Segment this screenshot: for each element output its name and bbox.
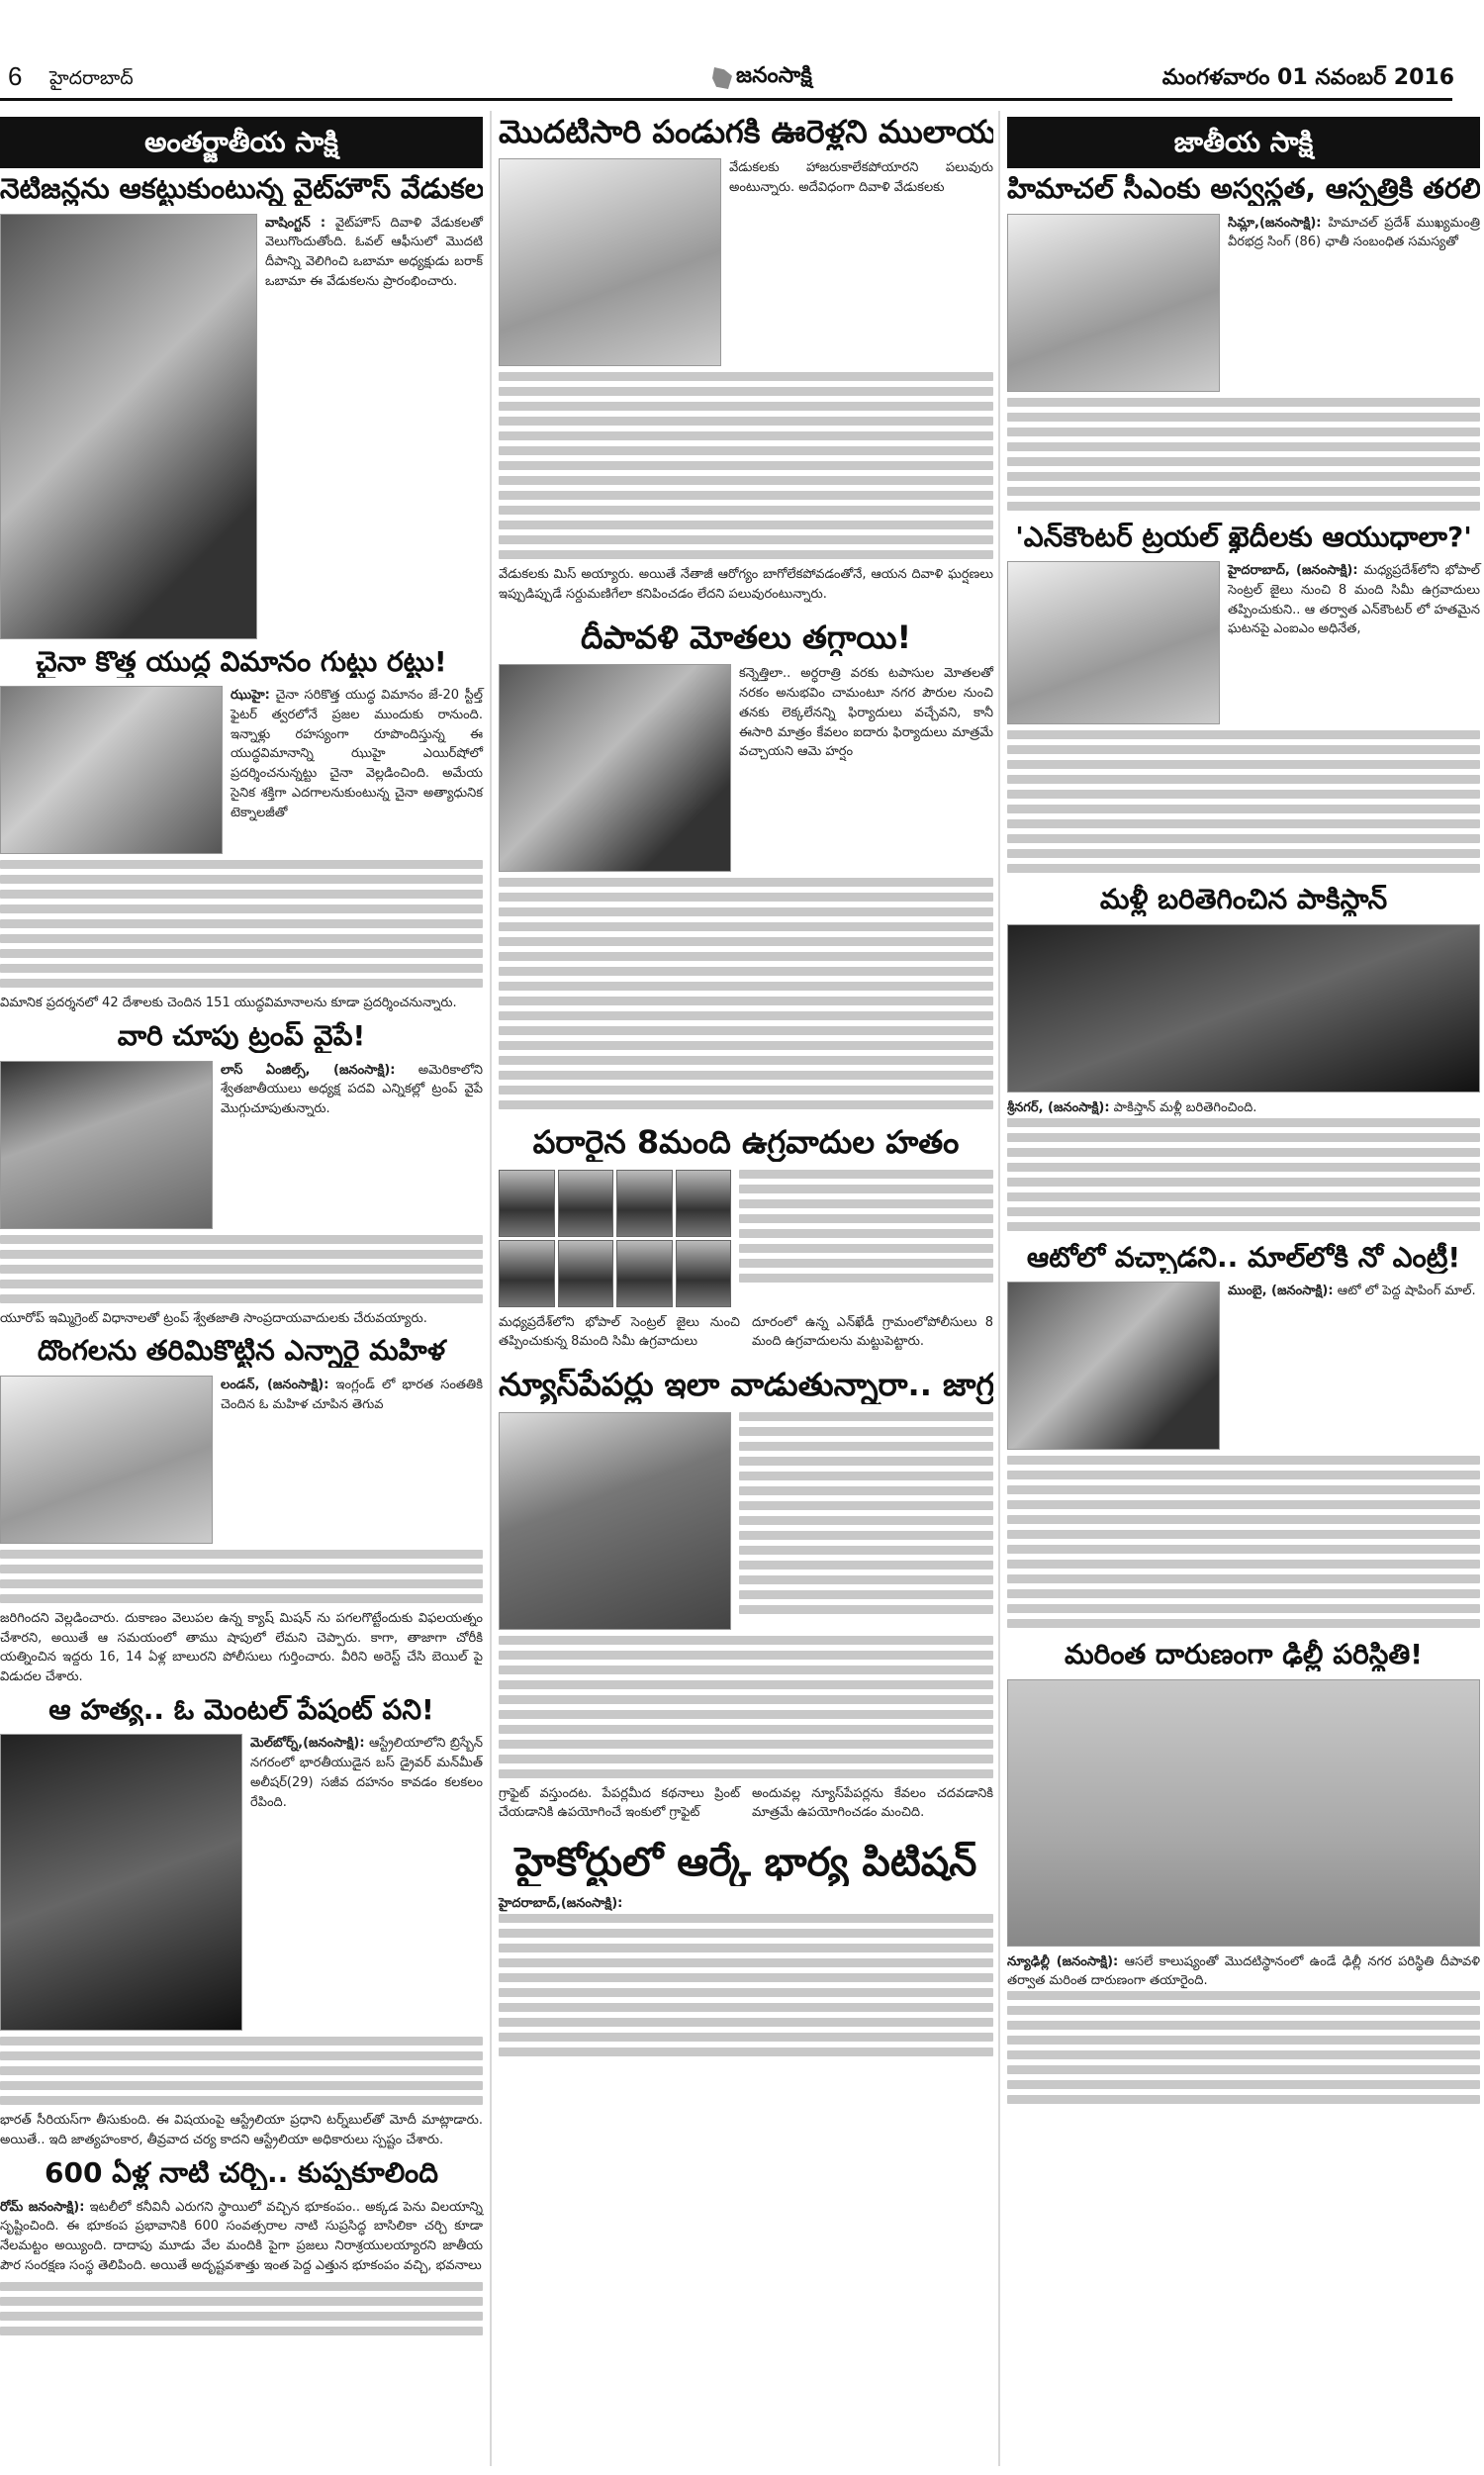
shopping-mall-photo [1007, 1282, 1220, 1450]
headline: దొంగలను తరిమికొట్టిన ఎన్నారై మహిళ [0, 1334, 483, 1368]
headline: మళ్లీ బరితెగించిన పాకిస్థాన్ [1007, 883, 1480, 916]
headline: మరింత దారుణంగా ఢిల్లీ పరిస్థితి! [1007, 1638, 1480, 1671]
headline: నెటిజన్లను ఆకట్టుకుంటున్న వైట్‌హౌస్ వేడు… [0, 172, 483, 206]
article [499, 1170, 993, 1307]
article: ముంబై, (జనంసాక్షి): ఆటో లో పెద్ద షాపింగ్… [1007, 1282, 1480, 1450]
militant-photo [676, 1170, 732, 1237]
headline: 'ఎన్‌కౌంటర్ ట్రయల్ ఖైదీలకు ఆయుధాలా?' [1007, 521, 1480, 554]
diwali-lamps-photo [499, 664, 731, 872]
column-divider [490, 111, 492, 2466]
headline: హైకోర్టులో ఆర్కే భార్య పిటిషన్ [499, 1839, 993, 1886]
article-body-continued [1007, 398, 1480, 511]
section-title: జాతీయ సాక్షి [1007, 117, 1480, 168]
logo-text: జనంసాక్షి [736, 63, 812, 93]
j20-fighter-jet-photo [0, 686, 223, 854]
article-tail: వేడుకలకు మిస్ అయ్యారు. అయితే నేతాజీ ఆరోగ… [499, 565, 993, 605]
article [499, 1412, 993, 1630]
article: లాస్ ఏంజిల్స్, (జనంసాక్షి): అమెరికాలోని … [0, 1061, 483, 1229]
article-body-continued [1007, 730, 1480, 873]
article: సిమ్లా,(జనంసాక్షి): హిమాచల్ ప్రదేశ్ ముఖ్… [1007, 214, 1480, 392]
issue-date: మంగళవారం 01 నవంబర్ 2016 [1162, 65, 1454, 95]
article: వేడుకలకు హాజరుకాలేకపోయారని పలువురు అంటున… [499, 158, 993, 366]
militant-photo [616, 1170, 673, 1237]
headline: ఆ హత్య.. ఓ మెంటల్ పేషంట్ పని! [0, 1693, 483, 1727]
headline: చైనా కొత్త యుద్ధ విమానం గుట్టు రట్టు! [0, 645, 483, 679]
article-body [739, 1170, 993, 1307]
article-body [739, 1412, 993, 1630]
international-column: అంతర్జాతీయ సాక్షి నెటిజన్లను ఆకట్టుకుంటు… [0, 109, 483, 2335]
article-body-continued [499, 372, 993, 559]
article: వాషింగ్టన్ : వైట్‌హౌస్ దివాళి వేడుకలతో వ… [0, 214, 483, 639]
article-body-continued [0, 2037, 483, 2105]
article-body-continued [0, 1550, 483, 1603]
headline: ఆటోలో వచ్చాడని.. మాల్‌లోకి నో ఎంట్రీ! [1007, 1241, 1480, 1275]
article-body-continued [1007, 1118, 1480, 1231]
headline: దీపావళి మోతలు తగ్గాయి! [499, 619, 993, 656]
article-tail: విమానిక ప్రదర్శనలో 42 దేశాలకు చెందిన 151… [0, 994, 483, 1013]
edition-city: హైదరాబాద్ [49, 67, 134, 94]
article: హైదరాబాద్, (జనంసాక్షి): మధ్యప్రదేశ్‌లోని… [1007, 561, 1480, 724]
article-body-continued [0, 860, 483, 988]
militant-photo [499, 1170, 555, 1237]
article-tail: యూరోప్ ఇమ్మిగ్రెంట్ విధానాలతో ట్రంప్ శ్వ… [0, 1309, 483, 1329]
article-body-continued [499, 1636, 993, 1778]
militant-photo [558, 1170, 614, 1237]
militant-photo [616, 1240, 673, 1307]
nri-woman-shop-photo [0, 1376, 213, 1544]
trump-photo [0, 1061, 213, 1229]
section-title: అంతర్జాతీయ సాక్షి [0, 117, 483, 168]
militant-photo [676, 1240, 732, 1307]
headline: 600 ఏళ్ల నాటి చర్చి.. కుప్పకూలింది [0, 2156, 483, 2190]
white-house-diwali-photo [0, 214, 257, 639]
article-body-continued [499, 878, 993, 1109]
article-tail: మధ్యప్రదేశ్‌లోని భోపాల్ సెంట్రల్ జైలు ను… [499, 1313, 993, 1353]
headline: పరారైన 8మంది ఉగ్రవాదుల హతం [499, 1123, 993, 1161]
article-body: వేడుకలకు హాజరుకాలేకపోయారని పలువురు అంటున… [729, 158, 993, 366]
article-body-continued [0, 2282, 483, 2335]
telangana-map-icon [712, 67, 732, 89]
masthead-rule [0, 98, 1452, 101]
article-body-continued [1007, 1991, 1480, 2104]
article-body: పాకిస్తాన్ మళ్లీ బరితెగించింది. [1114, 1100, 1257, 1115]
page-number: 6 [8, 61, 22, 92]
article: మెల్‌బోర్న్,(జనంసాక్షి): ఆస్ట్రేలియాలోని… [0, 1734, 483, 2031]
owaisi-portrait-photo [1007, 561, 1220, 724]
article-body [499, 1914, 993, 2056]
main-column: మొదటిసారి పండుగకి ఊరెళ్లని ములాయం! వేడుక… [499, 109, 993, 2056]
militant-photo [558, 1240, 614, 1307]
bus-driver-portrait-photo [0, 1734, 242, 2031]
column-divider [998, 111, 1000, 2466]
headline: న్యూస్‌పేపర్లు ఇలా వాడుతున్నారా.. జాగ్రత… [499, 1366, 993, 1403]
masthead: 6 హైదరాబాద్ జనంసాక్షి మంగళవారం 01 నవంబర్… [0, 0, 1484, 99]
headline: హిమాచల్ సీఎంకు అస్వస్థత, ఆస్పత్రికి తరలి… [1007, 172, 1480, 206]
newspaper-logo: జనంసాక్షి [712, 63, 812, 93]
article-body: కన్నెత్తిలా.. అర్ధరాత్రి వరకు టపాసుల మోత… [739, 664, 993, 872]
virbhadra-singh-photo [1007, 214, 1220, 392]
article-tail: జరిగిందని వెల్లడించారు. దుకాణం వెలుపల ఉన… [0, 1609, 483, 1687]
national-column: జాతీయ సాక్షి హిమాచల్ సీఎంకు అస్వస్థత, ఆస… [1007, 109, 1480, 2104]
article: కన్నెత్తిలా.. అర్ధరాత్రి వరకు టపాసుల మోత… [499, 664, 993, 872]
militants-photo-grid [499, 1170, 731, 1307]
delhi-smog-photo [1007, 1679, 1480, 1947]
article-tail: భారత్ సీరియస్‌గా తీసుకుంది. ఈ విషయంపై ఆస… [0, 2111, 483, 2150]
newspaper-food-photo [499, 1412, 731, 1630]
article-body: ఆటో లో పెద్ద షాపింగ్ మాల్. [1338, 1284, 1476, 1298]
article: ఝుహై: చైనా సరికొత్త యుద్ధ విమానం జే-20 స… [0, 686, 483, 854]
article: లండన్, (జనంసాక్షి): ఇంగ్లండ్ లో భారత సంత… [0, 1376, 483, 1544]
headline: మొదటిసారి పండుగకి ఊరెళ్లని ములాయం! [499, 113, 993, 150]
soldiers-photo [1007, 924, 1480, 1093]
militant-photo [499, 1240, 555, 1307]
article-body-continued [1007, 1456, 1480, 1628]
article-body: చైనా సరికొత్త యుద్ధ విమానం జే-20 స్టీల్త… [231, 688, 483, 820]
headline: వారి చూపు ట్రంప్ వైపే! [0, 1019, 483, 1053]
article-body-continued [0, 1235, 483, 1303]
mulayam-portrait-photo [499, 158, 721, 366]
article-tail: గ్రాఫైట్ వస్తుందట. పేపర్లమీద కథనాలు ప్రి… [499, 1784, 993, 1824]
